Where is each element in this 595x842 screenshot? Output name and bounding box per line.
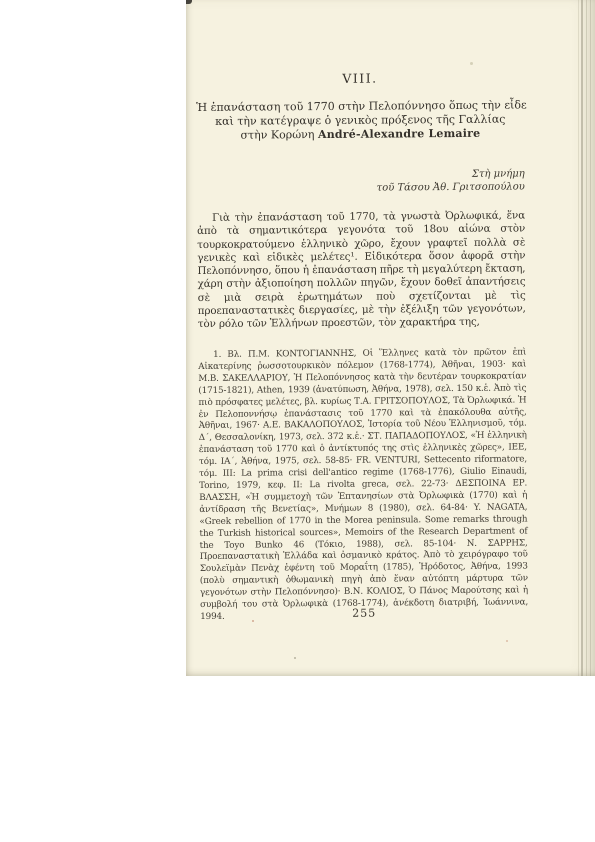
book-page: VIII. Ἡ ἐπανάσταση τοῦ 1770 στὴν Πελοπόν… (186, 0, 595, 676)
chapter-number: VIII. (196, 69, 524, 87)
title-line-3: στὴν Κορώνη André-Alexandre Lemaire (196, 126, 524, 142)
spine-shadow-line (590, 0, 591, 676)
body-paragraph: Γιὰ τὴν ἐπανάσταση τοῦ 1770, τὰ γνωστὰ Ὀ… (197, 209, 526, 331)
scanned-document-canvas: VIII. Ἡ ἐπανάσταση τοῦ 1770 στὴν Πελοπόν… (0, 0, 595, 842)
spine-shadow-line (586, 0, 587, 676)
dedication-line-1: Στὴ μνήμη (377, 167, 525, 181)
footnote-text: 1. Βλ. Π.Μ. ΚΟΝΤΟΓΙΑΝΝΗΣ, Οἱ Ἕλληνες κατ… (198, 347, 528, 623)
title-author-name: André-Alexandre Lemaire (318, 126, 480, 140)
scan-corner-mark (186, 0, 192, 4)
page-content: VIII. Ἡ ἐπανάσταση τοῦ 1770 στὴν Πελοπόν… (195, 0, 528, 676)
title-line-3-greek: στὴν Κορώνη (240, 128, 314, 142)
dedication: Στὴ μνήμη τοῦ Τάσου Ἀθ. Γριτσοπούλου (377, 167, 525, 194)
spine-shadow-line (581, 0, 583, 676)
page-title: Ἡ ἐπανάσταση τοῦ 1770 στὴν Πελοπόννησο ὅ… (196, 98, 524, 142)
spine-shadow-line (578, 0, 579, 676)
dedication-line-2: τοῦ Τάσου Ἀθ. Γριτσοπούλου (377, 180, 525, 194)
page-number: 255 (200, 605, 528, 621)
